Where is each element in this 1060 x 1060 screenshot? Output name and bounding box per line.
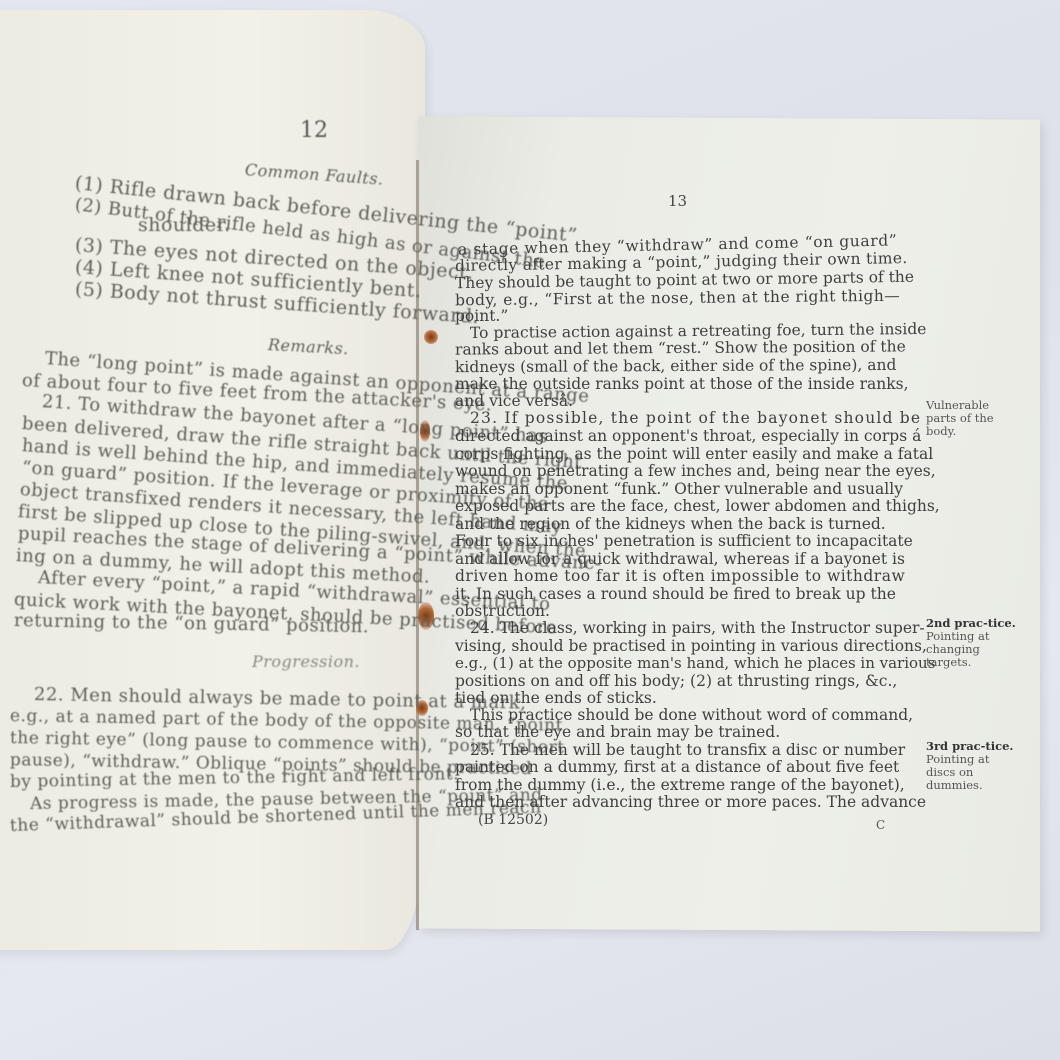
heading-progression: Progression. [252,652,360,671]
text-line: painted on a dummy, first at a distance … [455,758,899,776]
text-line: it. In such cases a round should be fire… [455,585,896,603]
text-line: kidneys (small of the back, either side … [455,356,896,376]
rust-stain [424,330,438,344]
text-line: and allow for a quick withdrawal, wherea… [455,550,905,568]
text-line: This practice should be done without wor… [470,706,913,724]
text-line: and vice versâ. [455,392,573,410]
text-line: tied on the ends of sticks. [455,689,657,707]
margin-note-title: 2nd prac-tice. [926,616,1016,630]
margin-note-3rd-practice: 3rd prac-tice. Pointing at discs on dumm… [926,740,1016,792]
margin-note-2nd-practice: 2nd prac-tice. Pointing at changing targ… [926,617,1016,669]
text-line: 23. If possible, the point of the bayone… [470,409,921,427]
text-line: and the region of the kidneys when the b… [455,515,886,533]
text-line: 24. The class, working in pairs, with th… [470,619,925,637]
text-line: obstruction. [455,602,550,620]
text-line: directed against an opponent's throat, e… [455,427,921,445]
text-line: wound on penetrating a few inches and, b… [455,462,936,480]
margin-note-vulnerable: Vulnerable parts of the body. [926,399,1016,438]
text-line: exposed parts are the face, chest, lower… [455,497,940,515]
text-line: vising, should be practised in pointing … [455,637,927,655]
printer-code: (B 12502) [478,812,548,828]
margin-note-text: Pointing at discs on dummies. [926,752,989,792]
text-line: make the outside ranks point at those of… [455,375,909,393]
text-line: so that the eye and brain may be trained… [455,723,780,741]
text-line: positions on and off his body; (2) at th… [455,672,897,690]
text-line: e.g., (1) at the opposite man's hand, wh… [455,654,935,672]
fault-item: shoulder. [138,214,231,236]
margin-note-text: Pointing at changing targets. [926,629,989,669]
text-line: and then after advancing three or more p… [455,793,926,811]
text-line: corps fighting, as the point will enter … [455,445,933,463]
page-number-right: 13 [668,192,687,210]
text-line: Four to six inches' penetration is suffi… [455,532,913,550]
page-number-left: 12 [300,118,328,143]
margin-note-text: Vulnerable parts of the body. [926,398,994,438]
margin-note-title: 3rd prac-tice. [926,739,1013,753]
signature-mark: C [876,818,885,832]
text-line: 25. The men will be taught to transfix a… [470,741,905,759]
text-line: point.” [455,307,508,325]
text-line: from the dummy (i.e., the extreme range … [455,776,905,794]
text-line: makes an opponent “funk.” Other vulnerab… [455,480,903,498]
text-line: driven home too far it is often impossib… [455,567,905,585]
